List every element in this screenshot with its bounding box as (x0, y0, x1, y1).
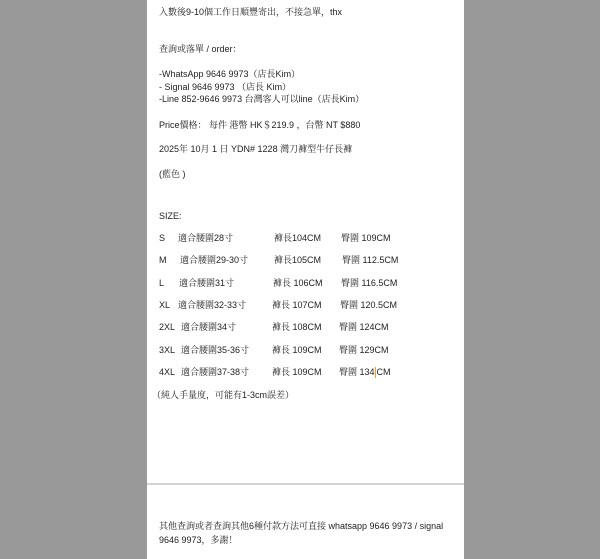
footer-contact-note: 其他查詢或者查詢其他6種付款方法可直接 whatsapp 9646 9973 /… (159, 519, 459, 547)
size-hip: 臀圍 134CM (339, 366, 391, 378)
size-length: 褲長 109CM (272, 366, 322, 378)
size-length: 褲長104CM (274, 232, 321, 244)
size-waist: 適合腰圍32-33寸 (178, 299, 246, 311)
measure-note: （純人手量度，可能有1-3cm誤差） (152, 389, 294, 401)
size-row-3xl: 3XL 適合腰圍35-36寸 褲長 109CM 臀圍 129CM (159, 344, 459, 356)
contact-line: -Line 852-9646 9973 台灣客人可以line（店長Kim） (159, 93, 364, 105)
size-waist: 適合腰圍34寸 (181, 321, 236, 333)
size-heading: SIZE: (159, 210, 182, 222)
size-hip-unit: CM (377, 367, 391, 377)
product-line: 2025年 10月 1 日 YDN# 1228 灣刀褲型牛仔長褲 (159, 143, 352, 155)
size-row-l: L 適合腰圍31寸 褲長 106CM 臀圍 116.5CM (159, 277, 459, 289)
size-waist: 適合腰圍29-30寸 (180, 254, 248, 266)
size-waist: 適合腰圍28寸 (178, 232, 233, 244)
size-length: 褲長105CM (274, 254, 321, 266)
size-length: 褲長 108CM (272, 321, 322, 333)
size-label: 2XL (159, 321, 175, 333)
size-hip: 臀圍 112.5CM (342, 254, 398, 266)
size-hip: 臀圍 109CM (341, 232, 391, 244)
size-hip: 臀圍 124CM (339, 321, 389, 333)
size-label: 3XL (159, 344, 175, 356)
size-waist: 適合腰圍31寸 (179, 277, 234, 289)
price-line: Price價格： 每件 港幣 HK＄219.9 ，台幣 NT $880 (159, 119, 360, 131)
size-label: 4XL (159, 366, 175, 378)
size-label: M (159, 254, 167, 266)
size-length: 褲長 109CM (272, 344, 322, 356)
section-divider (147, 483, 464, 485)
size-row-xl: XL 適合腰圍32-33寸 褲長 107CM 臀圍 120.5CM (159, 299, 459, 311)
shipping-note: 入數後9-10個工作日順豐寄出，不接急單，thx (159, 6, 342, 18)
size-row-4xl: 4XL 適合腰圍37-38寸 褲長 109CM 臀圍 134CM (159, 366, 459, 378)
document-column: 入數後9-10個工作日順豐寄出，不接急單，thx 查詢或落單 / order： … (147, 0, 464, 559)
contact-signal: - Signal 9646 9973 （店長 Kim） (159, 81, 291, 93)
size-hip-value: 臀圍 134 (339, 367, 375, 377)
size-waist: 適合腰圍35-36寸 (181, 344, 249, 356)
size-label: L (159, 277, 164, 289)
size-hip: 臀圍 116.5CM (341, 277, 397, 289)
size-length: 褲長 106CM (273, 277, 323, 289)
size-length: 褲長 107CM (272, 299, 322, 311)
size-hip: 臀圍 129CM (339, 344, 389, 356)
size-hip: 臀圍 120.5CM (340, 299, 397, 311)
size-row-m: M 適合腰圍29-30寸 褲長105CM 臀圍 112.5CM (159, 254, 459, 266)
color-line: (藍色 ) (159, 168, 186, 180)
size-label: S (159, 232, 165, 244)
size-label: XL (159, 299, 170, 311)
contact-whatsapp: -WhatsApp 9646 9973（店長Kim） (159, 68, 300, 80)
size-row-2xl: 2XL 適合腰圍34寸 褲長 108CM 臀圍 124CM (159, 321, 459, 333)
size-waist: 適合腰圍37-38寸 (181, 366, 249, 378)
size-row-s: S 適合腰圍28寸 褲長104CM 臀圍 109CM (159, 232, 459, 244)
order-heading: 查詢或落單 / order： (159, 43, 242, 55)
